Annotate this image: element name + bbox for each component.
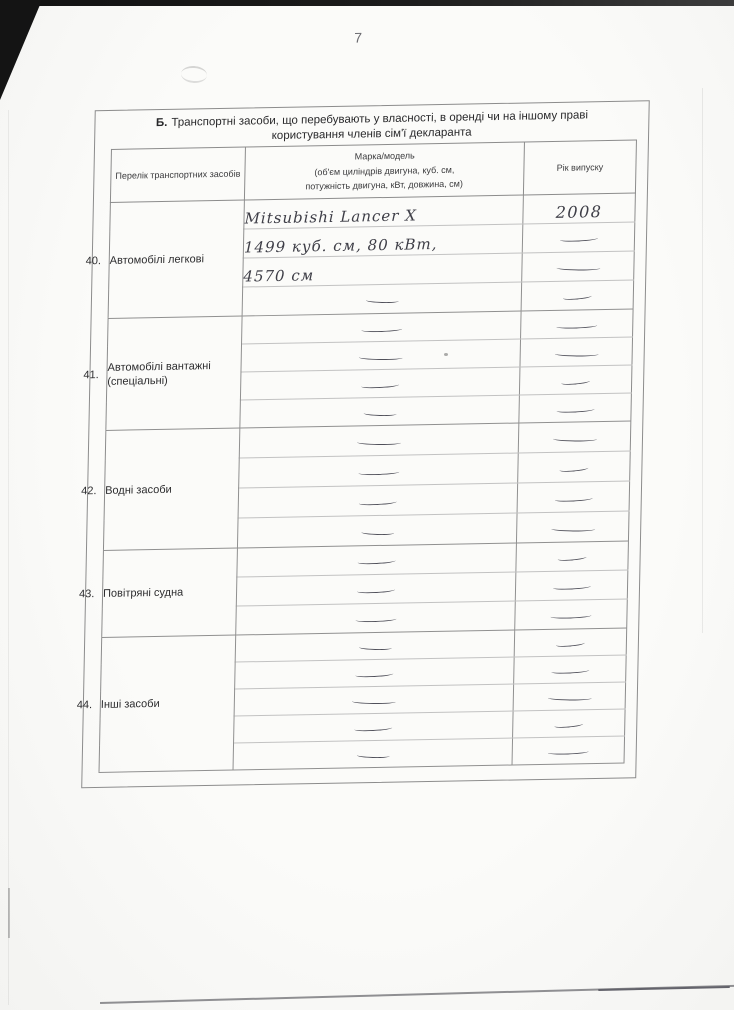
handwritten-dash [352,699,396,704]
handwritten-dash [357,439,401,444]
vehicle-table-body: 40.Автомобілі легковіMitsubishi Lancer X… [99,193,635,772]
year-cell [518,421,631,453]
handwritten-dash [363,410,396,416]
handwritten-dash [553,583,591,590]
handwritten-dash [548,749,589,755]
col-header-make-model: Марка/модель (об'єм циліндрів двигуна, к… [244,142,524,200]
handwritten-dash [563,293,592,301]
page-number: 7 [351,29,365,45]
vehicle-category-label: Повітряні судна [103,586,183,599]
handwritten-dash [547,695,591,700]
scanned-page: 7 Б.Транспортні засоби, що перебувають у… [0,0,734,1010]
vehicle-table-header: Перелік транспортних засобів Марка/модел… [110,140,636,202]
handwritten-model-text: 4570 см [243,266,314,285]
handwritten-dash [355,671,393,678]
year-cell [512,736,625,765]
vehicle-category-label: Автомобілі вантажні (спеціальні) [107,360,211,388]
handwritten-dash [358,558,396,565]
year-cell [520,337,633,367]
vehicle-category-label: Автомобілі легкові [110,253,204,267]
year-cell [514,655,627,684]
handwritten-dash [551,667,589,674]
vehicle-category-cell: 41.Автомобілі вантажні (спеціальні) [106,316,242,430]
handwritten-dash [559,465,588,473]
handwritten-dash [355,616,396,622]
col-header-year: Рік випуску [523,140,636,195]
handwritten-dash [357,587,395,594]
section-letter: Б. [156,117,168,129]
col-header-vehicle-list: Перелік транспортних засобів [110,147,245,202]
vehicle-category-cell: 42.Водні засоби [103,428,239,550]
vehicle-table: Перелік транспортних засобів Марка/модел… [99,139,637,772]
vehicle-category-label: Інші засоби [101,698,160,711]
handwritten-dash [550,613,591,619]
vehicle-category-label: Водні засоби [105,483,172,496]
vehicle-category-cell: 43.Повітряні судна [102,548,238,637]
year-cell [518,451,631,483]
row-number: 43. [79,587,99,601]
handwritten-model-text: Mitsubishi Lancer X [244,206,417,227]
model-cell [233,738,513,770]
handwritten-dash [365,298,398,304]
handwritten-dash [554,721,583,729]
row-number: 44. [77,698,97,712]
year-cell [515,570,628,601]
handwritten-dash [554,495,592,502]
handwritten-dash [556,640,585,648]
handwritten-dash [558,554,587,562]
year-cell [521,280,634,311]
section-box: Б.Транспортні засоби, що перебувають у в… [81,100,650,788]
row-number: 40. [86,254,106,268]
handwritten-dash [356,753,389,759]
handwritten-dash [556,406,594,413]
handwritten-dash [358,645,391,651]
vehicle-category-cell: 40.Автомобілі легкові [108,200,244,318]
handwritten-dash [361,382,399,389]
handwritten-dash [561,378,590,386]
year-cell [514,628,627,657]
vehicle-category-cell: 44.Інші засоби [99,635,236,772]
year-cell [522,222,635,253]
row-number: 41. [83,368,103,382]
handwritten-dash [361,326,402,332]
handwritten-dash [552,436,596,441]
document-content: 7 Б.Транспортні засоби, що перебувають у… [0,0,734,1010]
row-number: 42. [81,484,101,498]
handwritten-dash [358,469,399,475]
handwritten-dash [359,354,403,359]
year-cell [515,599,628,630]
handwritten-dash [359,499,397,506]
handwritten-model-text: 1499 куб. см, 80 кВт, [244,235,438,256]
year-cell [522,251,635,282]
handwritten-dash [551,526,595,531]
handwritten-year-text: 2008 [556,202,603,222]
handwritten-dash [354,725,392,732]
year-cell [519,365,632,395]
year-cell [521,309,634,339]
handwritten-dash [556,322,597,328]
year-cell [516,541,629,572]
handwritten-dash [556,265,600,270]
year-cell: 2008 [523,193,636,224]
year-cell [519,393,632,423]
year-cell [513,709,626,738]
handwritten-dash [554,351,598,356]
year-cell [516,511,629,543]
handwritten-dash [559,235,597,242]
year-cell [513,682,626,711]
year-cell [517,481,630,513]
handwritten-dash [361,529,394,535]
